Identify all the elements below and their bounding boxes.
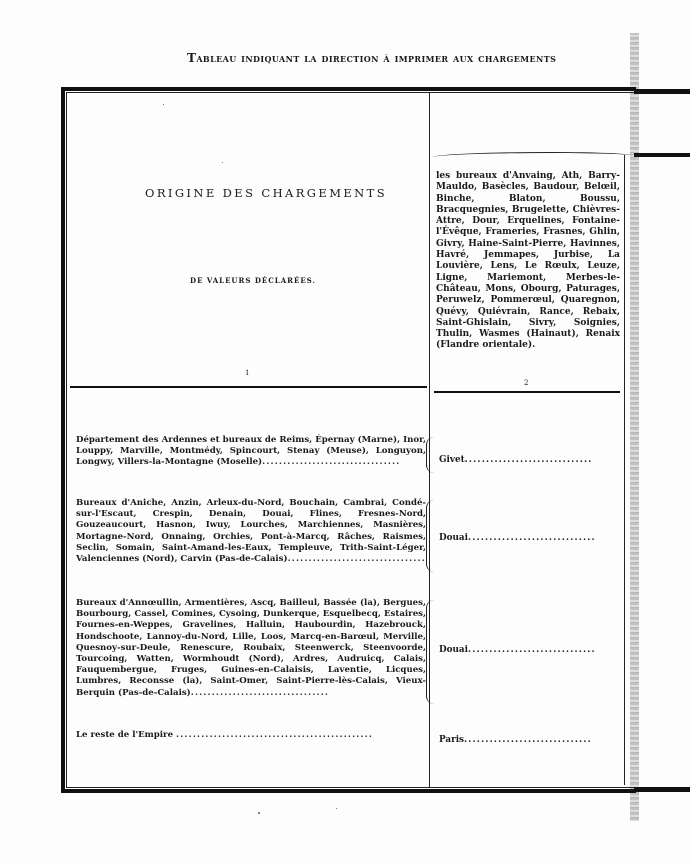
leader-dots: .............................. — [465, 455, 593, 465]
table-bottom-rule-extension — [634, 787, 690, 792]
column2-right-rule — [624, 155, 625, 785]
brace — [426, 437, 435, 473]
table-row-destination: Douai.............................. — [439, 533, 621, 543]
brace — [426, 600, 435, 704]
column1-heading: ORIGINE DES CHARGEMENTS — [145, 186, 387, 200]
header-rule-column2 — [434, 391, 620, 393]
destination-text: Douai — [439, 645, 468, 655]
destination-text: Douai — [439, 533, 468, 543]
table-row-destination: Givet.............................. — [439, 455, 621, 465]
table-top-rule-extension — [634, 89, 690, 94]
table-row-origin: Le reste de l'Empire ...................… — [76, 730, 426, 741]
table-row-origin: Bureaux d'Annœullin, Armentières, Ascq, … — [76, 598, 426, 699]
leader-dots: .............................. — [468, 645, 596, 655]
destination-text: Givet — [439, 455, 465, 465]
leader-dots: .............................. — [468, 533, 596, 543]
column2-top-curve — [432, 152, 632, 161]
origin-text: Bureaux d'Annœullin, Armentières, Ascq, … — [76, 598, 426, 698]
leader-dots: ................................. — [262, 457, 400, 467]
scan-speck — [336, 808, 337, 809]
scan-speck — [258, 812, 260, 814]
destination-text: Paris — [439, 735, 464, 745]
table-row-origin: Bureaux d'Aniche, Anzin, Arleux-du-Nord,… — [76, 498, 426, 565]
page-title: Tableau indiquant la direction à imprime… — [187, 51, 556, 65]
table-row-destination: Paris.............................. — [439, 735, 621, 745]
column2-heading-text: les bureaux d'Anvaing, Ath, Barry-Mauldo… — [436, 171, 620, 352]
leader-dots: ................................. — [191, 688, 329, 698]
header-rule-column1 — [70, 386, 427, 388]
column2-top-rule-extension — [634, 153, 690, 157]
scan-speck — [222, 162, 223, 163]
brace — [426, 500, 435, 572]
scan-speck — [163, 104, 164, 105]
column1-subheading: DE VALEURS DÉCLARÉES. — [190, 276, 316, 285]
leader-dots: ................................. — [288, 554, 426, 564]
table-row-destination: Douai.............................. — [439, 645, 621, 655]
column2-number: 2 — [524, 379, 528, 387]
table-row-origin: Département des Ardennes et bureaux de R… — [76, 435, 426, 469]
origin-text: Le reste de l'Empire — [76, 730, 173, 740]
leader-dots: .............................. — [464, 735, 592, 745]
scanned-page: Tableau indiquant la direction à imprime… — [0, 0, 690, 863]
column1-number: 1 — [245, 369, 249, 377]
leader-dots: ................................. — [176, 730, 314, 740]
